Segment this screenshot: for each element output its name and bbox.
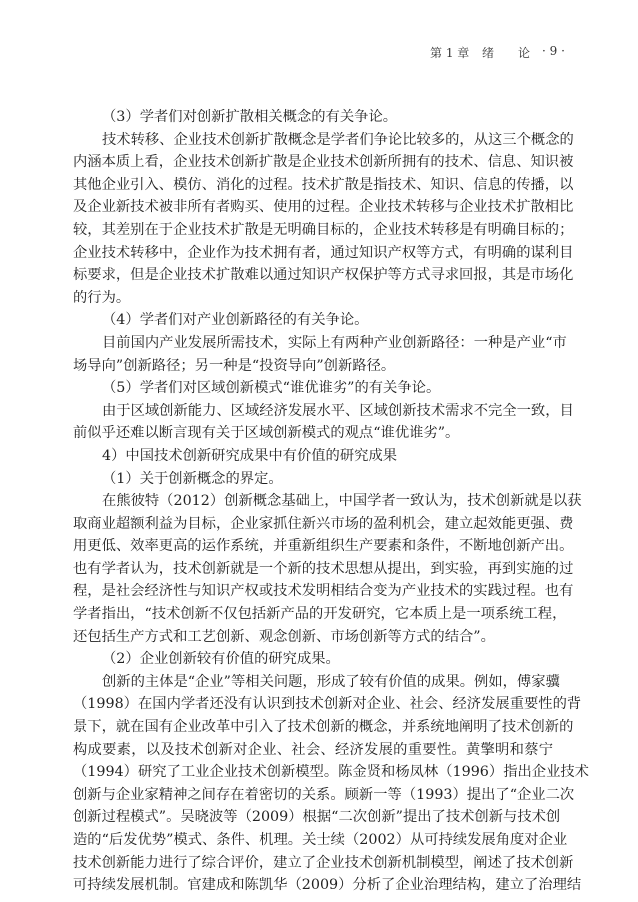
text-line: 用更低、效率更高的运作系统，并重新组织生产要素和条件，不断地创新产出。 [73, 535, 553, 558]
text-line: 标要求，但是企业技术扩散难以通过知识产权保护等方式寻求回报，其是市场化 [73, 264, 553, 287]
text-line: （2）企业创新较有价值的研究成果。 [73, 648, 553, 671]
chapter-title-part1: 绪 [482, 44, 494, 61]
text-line: 前似乎还难以断言现有关于区域创新模式的观点“谁优谁劣”。 [73, 422, 553, 445]
text-line: 景下，就在国有企业改革中引入了技术创新的概念，并系统地阐明了技术创新的 [73, 716, 553, 739]
text-line: 程，是社会经济性与知识产权或技术发明相结合变为产业技术的实践过程。也有 [73, 580, 553, 603]
text-line: 创新的主体是“企业”等相关问题，形成了较有价值的成果。例如，傅家骥 [73, 671, 553, 694]
text-line: 企业技术转移中，企业作为技术拥有者，通过知识产权等方式，有明确的谋利目 [73, 242, 553, 265]
text-line: （3）学者们对创新扩散相关概念的有关争论。 [73, 106, 553, 129]
text-line: 造的“后发优势”模式、条件、机理。关士续（2002）从可持续发展角度对企业 [73, 829, 553, 852]
text-line: 技术创新能力进行了综合评价，建立了企业技术创新机制模型，阐述了技术创新 [73, 852, 553, 875]
text-line: （1994）研究了工业企业技术创新模型。陈金贤和杨凤林（1996）指出企业技术 [73, 761, 553, 784]
page-number: · 9 · [542, 44, 565, 58]
chapter-title-part2: 论 [518, 44, 530, 61]
text-line: （4）学者们对产业创新路径的有关争论。 [73, 309, 553, 332]
text-line: 由于区域创新能力、区域经济发展水平、区域创新技术需求不完全一致，目 [73, 400, 553, 423]
text-line: 构成要素，以及技术创新对企业、社会、经济发展的重要性。黄擎明和蔡宁 [73, 739, 553, 762]
text-line: （1）关于创新概念的界定。 [73, 468, 553, 491]
running-header: 第 1 章 绪 论 · 9 · [430, 44, 570, 62]
text-line: 目前国内产业发展所需技术，实际上有两种产业创新路径：一种是产业“市 [73, 332, 553, 355]
text-line: （1998）在国内学者还没有认识到技术创新对企业、社会、经济发展重要性的背 [73, 693, 553, 716]
text-line: 创新过程模式”。吴晓波等（2009）根据“二次创新”提出了技术创新与技术创 [73, 806, 553, 829]
text-line: 技术转移、企业技术创新扩散概念是学者们争论比较多的，从这三个概念的 [73, 129, 553, 152]
text-line: 取商业超额利益为目标，企业家抓住新兴市场的盈利机会，建立起效能更强、费 [73, 513, 553, 536]
text-line: 学者指出，“技术创新不仅包括新产品的开发研究，它本质上是一项系统工程， [73, 603, 553, 626]
chapter-label: 第 1 章 [430, 44, 469, 61]
text-line: 的行为。 [73, 287, 553, 310]
text-line: （5）学者们对区域创新模式“谁优谁劣”的有关争论。 [73, 377, 553, 400]
text-line: 场导向”创新路径；另一种是“投资导向”创新路径。 [73, 355, 553, 378]
text-line: 创新与企业家精神之间存在着密切的关系。顾新一等（1993）提出了“企业二次 [73, 784, 553, 807]
text-line: 及企业新技术被非所有者购买、使用的过程。企业技术转移与企业技术扩散相比 [73, 196, 553, 219]
text-line: 还包括生产方式和工艺创新、观念创新、市场创新等方式的结合”。 [73, 626, 553, 649]
text-line: 其他企业引入、模仿、消化的过程。技术扩散是指技术、知识、信息的传播，以 [73, 174, 553, 197]
page-body: （3）学者们对创新扩散相关概念的有关争论。技术转移、企业技术创新扩散概念是学者们… [73, 106, 553, 897]
text-line: 也有学者认为，技术创新就是一个新的技术思想从提出，到实验，再到实施的过 [73, 558, 553, 581]
text-line: 较，其差别在于企业技术扩散是无明确目标的，企业技术转移是有明确目标的； [73, 219, 553, 242]
text-line: 在熊彼特（2012）创新概念基础上，中国学者一致认为，技术创新就是以获 [73, 490, 553, 513]
text-line: 4）中国技术创新研究成果中有价值的研究成果 [73, 445, 553, 468]
text-line: 内涵本质上看，企业技术创新扩散是企业技术创新所拥有的技术、信息、知识被 [73, 151, 553, 174]
text-line: 可持续发展机制。官建成和陈凯华（2009）分析了企业治理结构，建立了治理结 [73, 874, 553, 897]
